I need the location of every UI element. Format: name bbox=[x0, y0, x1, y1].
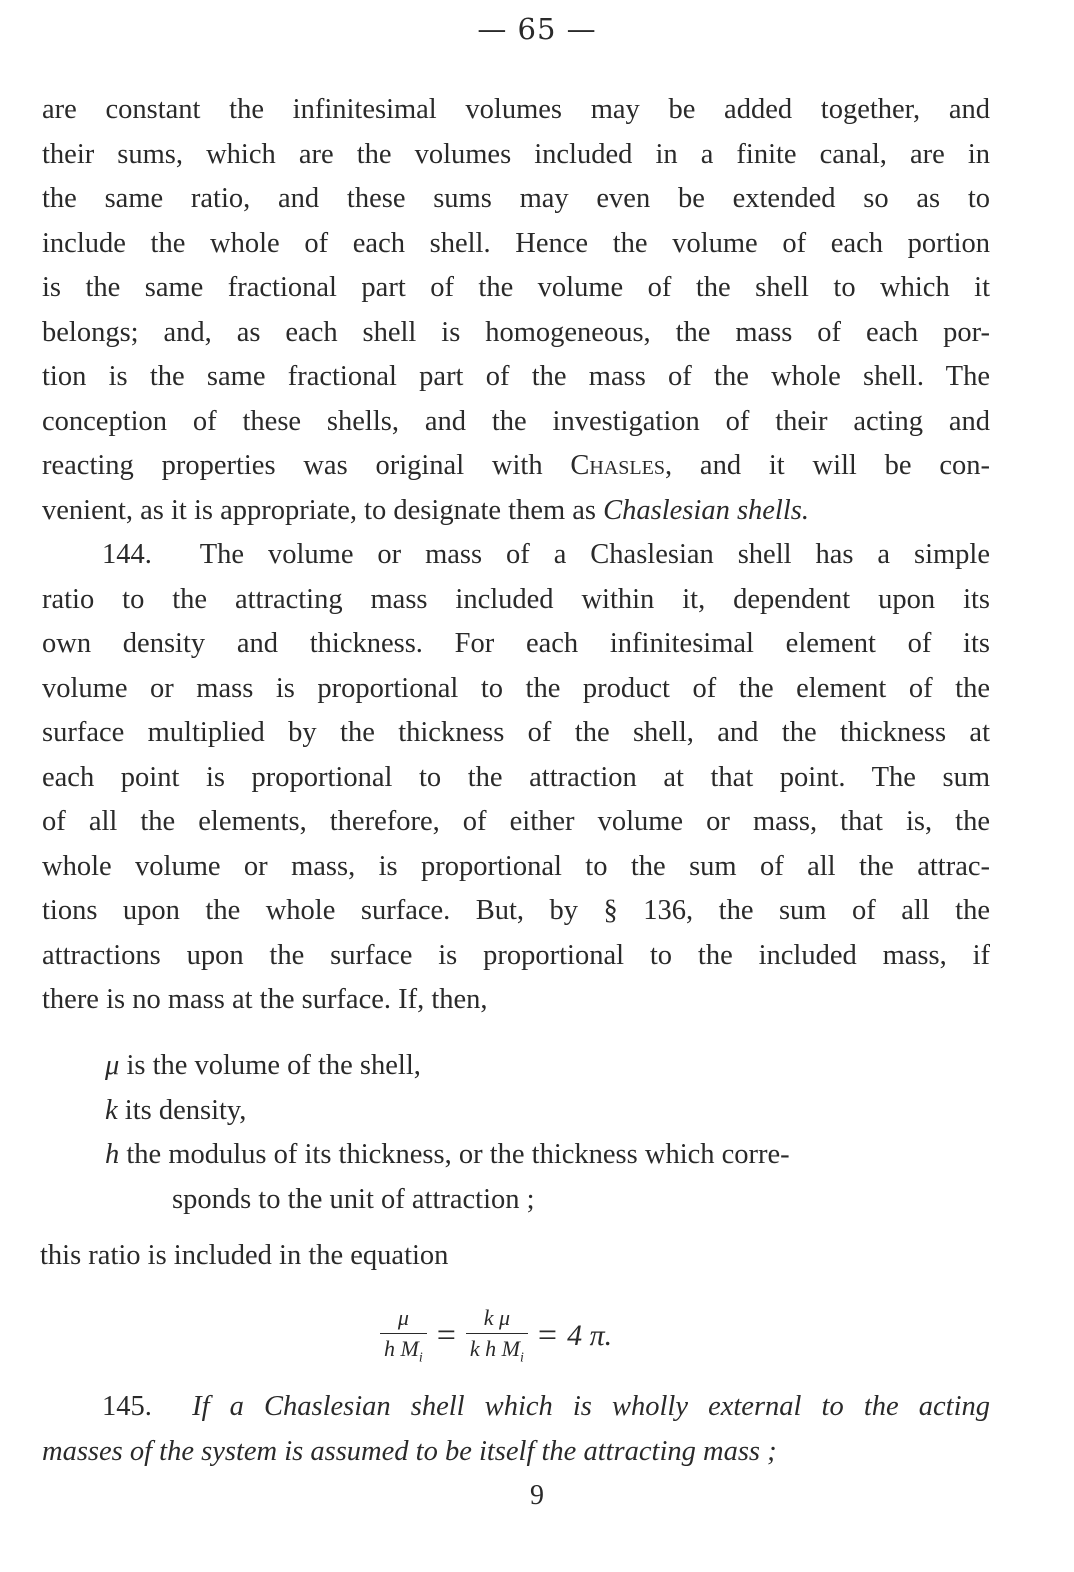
fraction-1: μ h Mi bbox=[380, 1305, 427, 1366]
text-line: venient, as it is appropriate, to design… bbox=[42, 489, 990, 534]
text-line: are constant the infinitesimal volumes m… bbox=[42, 88, 990, 133]
denominator-text: k h M bbox=[470, 1336, 520, 1361]
equals-sign: = bbox=[433, 1317, 460, 1355]
equation-rhs: 4 π. bbox=[567, 1319, 612, 1353]
definition-text: is the volume of the shell, bbox=[119, 1050, 421, 1081]
body-text: are constant the infinitesimal volumes m… bbox=[42, 88, 990, 1023]
text-line: belongs; and, as each shell is homogeneo… bbox=[42, 311, 990, 356]
symbol-k: k bbox=[105, 1095, 118, 1126]
text-line: volume or mass is proportional to the pr… bbox=[42, 667, 990, 712]
text-line: each point is proportional to the attrac… bbox=[42, 756, 990, 801]
theorem-text: If a Chaslesian shell which is wholly ex… bbox=[192, 1391, 990, 1422]
fraction-2: k μ k h Mi bbox=[466, 1305, 528, 1366]
definition-mu: μ is the volume of the shell, bbox=[105, 1043, 995, 1088]
text-line: the same ratio, and these sums may even … bbox=[42, 177, 990, 222]
text-fragment: reacting properties was original with bbox=[42, 450, 570, 481]
text-line: conception of these shells, and the inve… bbox=[42, 400, 990, 445]
text-line: reacting properties was original with Ch… bbox=[42, 444, 990, 489]
text-fragment: The volume or mass of a Chaslesian shell… bbox=[200, 539, 990, 570]
equation: μ h Mi = k μ k h Mi = 4 π. bbox=[380, 1305, 612, 1366]
definition-text: its density, bbox=[118, 1095, 247, 1126]
author-name-chasles: Chasles bbox=[570, 450, 665, 481]
text-line: is the same fractional part of the volum… bbox=[42, 266, 990, 311]
signature-mark: 9 bbox=[0, 1480, 1074, 1512]
symbol-mu: μ bbox=[105, 1050, 119, 1081]
text-line: their sums, which are the volumes includ… bbox=[42, 133, 990, 178]
text-line: ratio to the attracting mass included wi… bbox=[42, 578, 990, 623]
section-number: 144. bbox=[102, 539, 152, 570]
denominator-text: h M bbox=[384, 1336, 419, 1361]
symbol-h: h bbox=[105, 1139, 119, 1170]
text-line: surface multiplied by the thickness of t… bbox=[42, 711, 990, 756]
definition-h: h the modulus of its thickness, or the t… bbox=[105, 1132, 995, 1177]
page-number-header: — 65 — bbox=[0, 12, 1074, 46]
section-144-first-line: 144. The volume or mass of a Chaslesian … bbox=[42, 533, 990, 578]
text-line: whole volume or mass, is proportional to… bbox=[42, 845, 990, 890]
text-fragment: , and it will be con- bbox=[665, 450, 990, 481]
definition-h-continuation: sponds to the unit of attraction ; bbox=[105, 1177, 995, 1222]
variable-definitions: μ is the volume of the shell, k its dens… bbox=[105, 1043, 995, 1221]
term-chaslesian-shells: Chaslesian shells. bbox=[603, 495, 809, 526]
text-line: attractions upon the surface is proporti… bbox=[42, 934, 990, 979]
theorem-text: masses of the system is assumed to be it… bbox=[42, 1430, 990, 1475]
section-145: 145. If a Chaslesian shell which is whol… bbox=[42, 1385, 990, 1474]
text-line: there is no mass at the surface. If, the… bbox=[42, 978, 990, 1023]
denominator: h Mi bbox=[380, 1333, 427, 1366]
numerator: k μ bbox=[480, 1305, 514, 1333]
text-fragment: venient, as it is appropriate, to design… bbox=[42, 495, 603, 526]
text-line: of all the elements, therefore, of eithe… bbox=[42, 800, 990, 845]
definition-text: the modulus of its thickness, or the thi… bbox=[119, 1139, 789, 1170]
text-line: own density and thickness. For each infi… bbox=[42, 622, 990, 667]
numerator: μ bbox=[394, 1305, 413, 1333]
section-number: 145. bbox=[102, 1391, 152, 1422]
denominator: k h Mi bbox=[466, 1333, 528, 1366]
text-line: tion is the same fractional part of the … bbox=[42, 355, 990, 400]
equals-sign: = bbox=[534, 1317, 561, 1355]
equation-intro: this ratio is included in the equation bbox=[40, 1240, 448, 1272]
subscript: i bbox=[520, 1350, 524, 1365]
text-line: tions upon the whole surface. But, by § … bbox=[42, 889, 990, 934]
text-line: 145. If a Chaslesian shell which is whol… bbox=[42, 1385, 990, 1430]
definition-k: k its density, bbox=[105, 1088, 995, 1133]
text-line: include the whole of each shell. Hence t… bbox=[42, 222, 990, 267]
document-page: — 65 — are constant the infinitesimal vo… bbox=[0, 0, 1074, 1572]
subscript: i bbox=[419, 1350, 423, 1365]
